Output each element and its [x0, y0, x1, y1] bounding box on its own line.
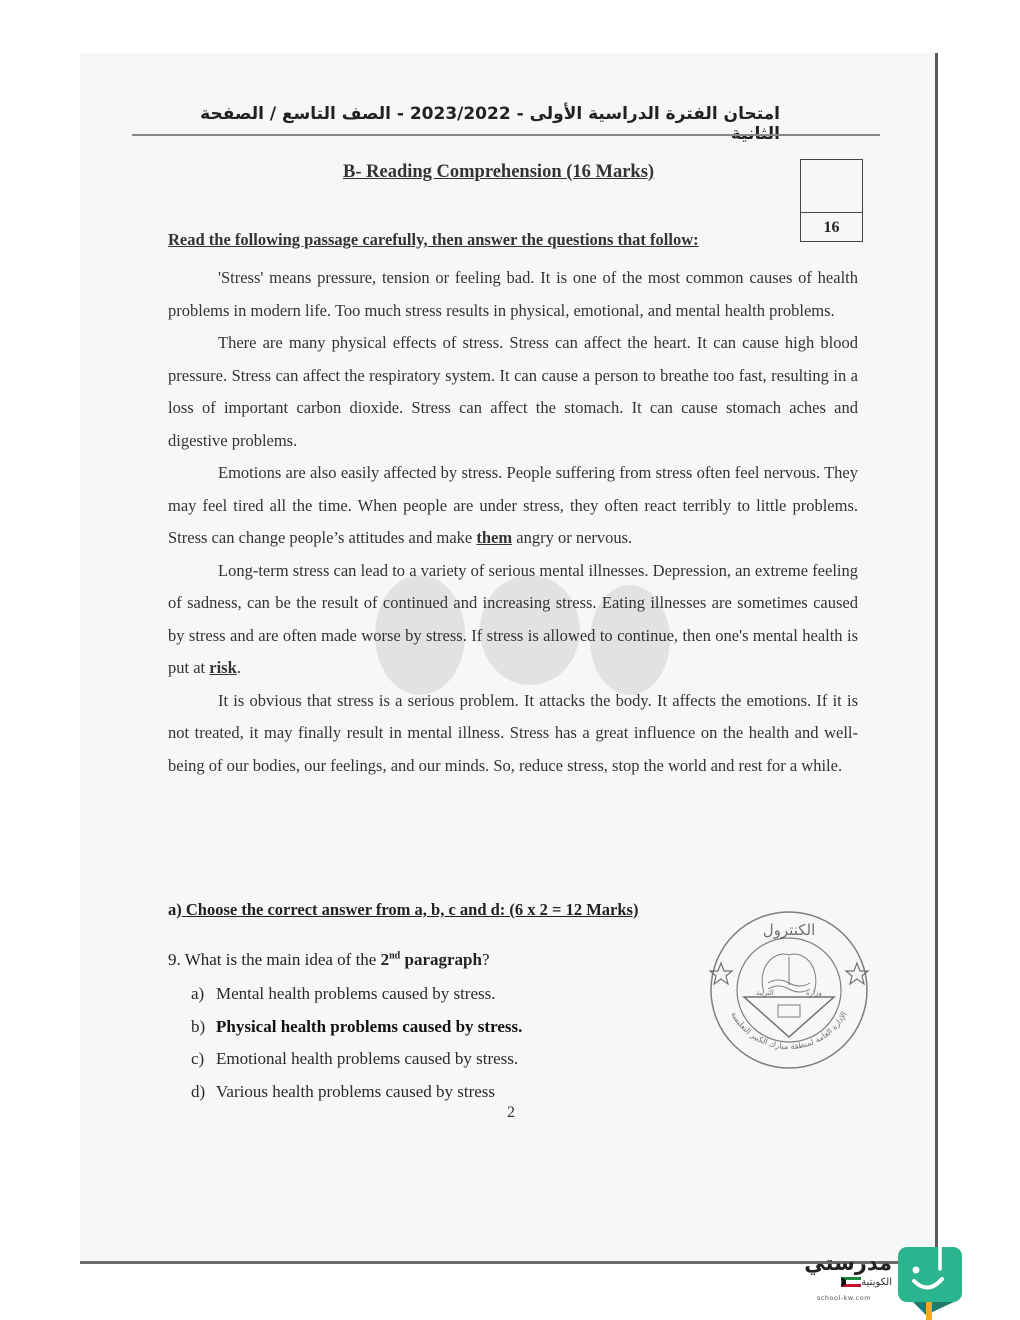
option-a[interactable]: a)Mental health problems caused by stres… — [191, 981, 522, 1014]
svg-text:الإدارة العامة لمنطقة مبارك ال: الإدارة العامة لمنطقة مبارك الكبير التعل… — [729, 1010, 848, 1051]
highlighted-word-them: them — [476, 528, 512, 547]
task-instruction: Choose the correct answer from a, b, c a… — [182, 900, 639, 919]
control-stamp-icon: الكنترول التربية وزارة الإدارة العامة لم… — [706, 905, 872, 1075]
kuwait-flag-icon — [841, 1277, 861, 1287]
task-prefix: a) — [168, 900, 182, 919]
score-cell — [801, 160, 862, 213]
marks-box: 16 — [800, 159, 863, 242]
question-9: 9. What is the main idea of the 2nd para… — [168, 950, 490, 970]
option-text: Various health problems caused by stress — [216, 1082, 495, 1101]
answer-options: a)Mental health problems caused by stres… — [191, 981, 522, 1111]
question-number: 9. — [168, 950, 181, 969]
total-marks-cell: 16 — [801, 213, 862, 242]
paragraph-4-text: Long-term stress can lead to a variety o… — [168, 561, 858, 678]
stamp-top-text: الكنترول — [763, 921, 816, 939]
option-letter: c) — [191, 1046, 216, 1072]
logo-url: school-kw.com — [796, 1294, 892, 1302]
madrasati-logo-icon — [896, 1245, 966, 1320]
header-divider — [132, 134, 880, 136]
page-right-border — [935, 53, 938, 1265]
logo-brand: مدرستي — [796, 1250, 892, 1276]
highlighted-word-risk: risk — [209, 658, 237, 677]
option-text: Emotional health problems caused by stre… — [216, 1049, 518, 1068]
paragraph-3: Emotions are also easily affected by str… — [168, 457, 858, 555]
task-heading: a) Choose the correct answer from a, b, … — [168, 900, 638, 920]
paragraph-2: There are many physical effects of stres… — [168, 327, 858, 457]
option-text: Physical health problems caused by stres… — [216, 1017, 522, 1036]
question-ordinal-suffix: nd — [389, 950, 400, 961]
option-c[interactable]: c)Emotional health problems caused by st… — [191, 1046, 522, 1079]
option-b-selected[interactable]: b)Physical health problems caused by str… — [191, 1014, 522, 1047]
instructions: Read the following passage carefully, th… — [168, 230, 699, 250]
question-text: What is the main idea of the — [181, 950, 381, 969]
page-number: 2 — [507, 1104, 515, 1122]
section-title: B- Reading Comprehension (16 Marks) — [343, 162, 654, 183]
exam-header-title: امتحان الفترة الدراسية الأولى - 2023/202… — [200, 104, 780, 144]
paragraph-4: Long-term stress can lead to a variety o… — [168, 555, 858, 685]
option-letter: d) — [191, 1079, 216, 1105]
question-keyword: paragraph — [400, 950, 482, 969]
stamp-inner-right: وزارة — [806, 989, 822, 997]
question-ordinal: 2 — [381, 950, 390, 969]
paragraph-4-text-end: . — [237, 658, 241, 677]
option-letter: a) — [191, 981, 216, 1007]
option-text: Mental health problems caused by stress. — [216, 984, 496, 1003]
option-letter: b) — [191, 1014, 216, 1040]
paragraph-1: 'Stress' means pressure, tension or feel… — [168, 262, 858, 327]
stamp-inner-left: التربية — [756, 989, 774, 997]
logo-subtitle-row: الكويتية — [796, 1276, 892, 1290]
madrasati-logo-text: مدرستي الكويتية school-kw.com — [796, 1250, 892, 1302]
stamp-ring-text: الإدارة العامة لمنطقة مبارك الكبير التعل… — [729, 1010, 848, 1051]
logo-subtitle: الكويتية — [861, 1277, 892, 1288]
paragraph-5: It is obvious that stress is a serious p… — [168, 685, 858, 783]
question-end: ? — [482, 950, 490, 969]
option-d[interactable]: d)Various health problems caused by stre… — [191, 1079, 522, 1112]
reading-passage: 'Stress' means pressure, tension or feel… — [168, 262, 858, 782]
paragraph-3-text-end: angry or nervous. — [512, 528, 632, 547]
